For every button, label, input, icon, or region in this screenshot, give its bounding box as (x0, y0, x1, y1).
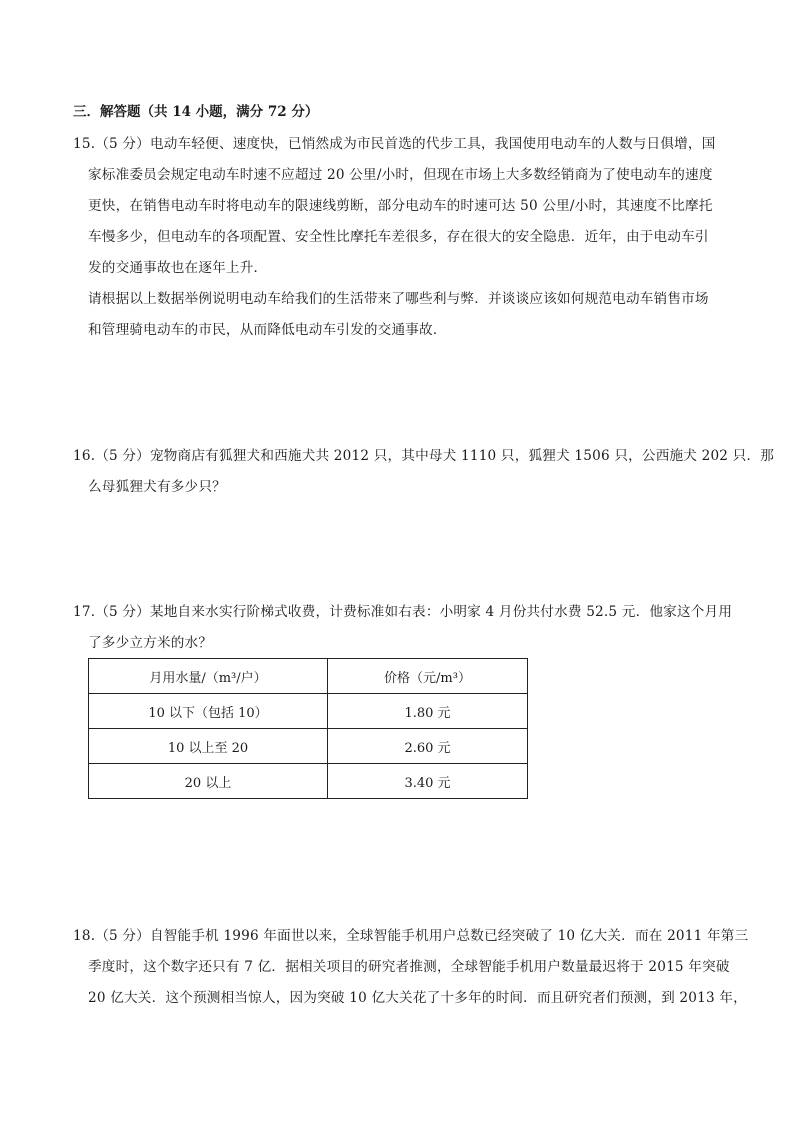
question-line: 更快，在销售电动车时将电动车的限速线剪断，部分电动车的时速可达 50 公里/小时… (73, 196, 725, 227)
question-line: 季度时，这个数字还只有 7 亿．据相关项目的研究者推测，全球智能手机用户数量最迟… (73, 957, 725, 988)
question-line: 发的交通事故也在逐年上升． (73, 258, 725, 289)
question-line: 么母狐狸犬有多少只？ (73, 477, 725, 508)
question-line: 请根据以上数据举例说明电动车给我们的生活带来了哪些利与弊．并谈谈应该如何规范电动… (73, 289, 725, 320)
table-row: 20 以上 3.40 元 (89, 764, 528, 799)
table-cell: 10 以下（包括 10） (89, 694, 328, 729)
section-heading: 三．解答题（共 14 小题，满分 72 分） (73, 102, 318, 122)
question-line: 20 亿大关．这个预测相当惊人，因为突破 10 亿大关花了十多年的时间．而且研究… (73, 988, 725, 1019)
table-row: 10 以上至 20 2.60 元 (89, 729, 528, 764)
question-15: 15.（5 分）电动车轻便、速度快，已悄然成为市民首选的代步工具，我国使用电动车… (73, 134, 725, 351)
table-cell: 1.80 元 (328, 694, 528, 729)
table-header-cell: 月用水量/（m³/户） (89, 659, 328, 694)
table-cell: 10 以上至 20 (89, 729, 328, 764)
question-16: 16.（5 分）宠物商店有狐狸犬和西施犬共 2012 只，其中母犬 1110 只… (73, 446, 725, 508)
document-page: 三．解答题（共 14 小题，满分 72 分） 15.（5 分）电动车轻便、速度快… (0, 0, 793, 1122)
question-line: 家标准委员会规定电动车时速不应超过 20 公里/小时，但现在市场上大多数经销商为… (73, 165, 725, 196)
table-cell: 2.60 元 (328, 729, 528, 764)
table-cell: 3.40 元 (328, 764, 528, 799)
table-header-cell: 价格（元/m³） (328, 659, 528, 694)
table-cell: 20 以上 (89, 764, 328, 799)
question-line: 15.（5 分）电动车轻便、速度快，已悄然成为市民首选的代步工具，我国使用电动车… (73, 134, 725, 165)
table-row: 10 以下（包括 10） 1.80 元 (89, 694, 528, 729)
table-header-row: 月用水量/（m³/户） 价格（元/m³） (89, 659, 528, 694)
question-line: 和管理骑电动车的市民，从而降低电动车引发的交通事故． (73, 320, 725, 351)
question-18: 18.（5 分）自智能手机 1996 年面世以来，全球智能手机用户总数已经突破了… (73, 926, 725, 1019)
question-line: 18.（5 分）自智能手机 1996 年面世以来，全球智能手机用户总数已经突破了… (73, 926, 725, 957)
question-line: 17.（5 分）某地自来水实行阶梯式收费，计费标准如右表：小明家 4 月份共付水… (73, 602, 725, 633)
question-line: 车慢多少，但电动车的各项配置、安全性比摩托车差很多，存在很大的安全隐患．近年，由… (73, 227, 725, 258)
question-line: 16.（5 分）宠物商店有狐狸犬和西施犬共 2012 只，其中母犬 1110 只… (73, 446, 725, 477)
water-fee-table: 月用水量/（m³/户） 价格（元/m³） 10 以下（包括 10） 1.80 元… (88, 658, 528, 799)
question-17: 17.（5 分）某地自来水实行阶梯式收费，计费标准如右表：小明家 4 月份共付水… (73, 602, 725, 664)
